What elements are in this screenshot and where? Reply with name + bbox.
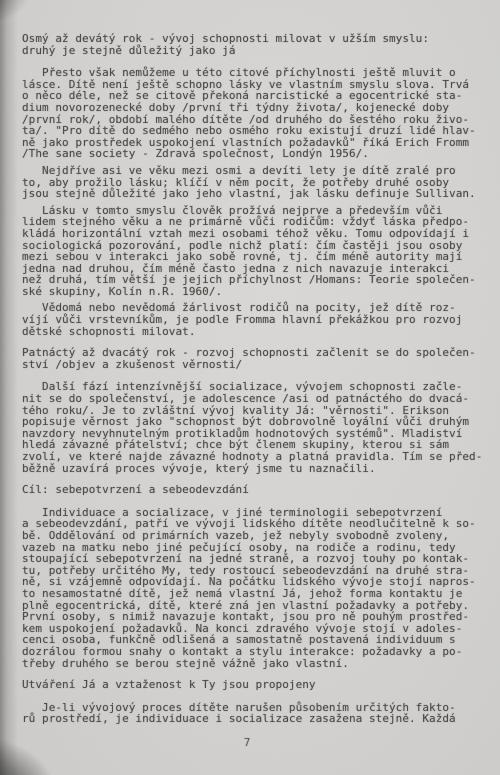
paragraph-block: Další fází intenzívnější socializace, vý… [22,381,484,474]
paragraph-block: Je-li vývojový proces dítěte narušen půs… [22,702,484,725]
heading-block: Patnáctý až dvacátý rok - rozvoj schopno… [22,347,484,370]
page-text: Osmý až devátý rok - vývoj schopnosti mi… [22,33,484,725]
heading-block: Cíl: sebepotvrzení a sebeodevzdání [22,484,484,496]
page-number: 7 [0,736,494,749]
heading-block: Utváření Já a vztaženost k Ty jsou propo… [22,679,484,691]
scanned-page: Osmý až devátý rok - vývoj schopnosti mi… [0,0,500,775]
heading-block: Osmý až devátý rok - vývoj schopnosti mi… [22,33,484,56]
paragraph-block: Nejdříve asi ve věku mezi osmi a devíti … [22,165,484,200]
paragraph-block: Individuace a socializace, v jiné termin… [22,507,484,669]
paragraph-block: Vědomá nebo nevědomá žárlivost rodičů na… [22,302,484,337]
paragraph-block: Přesto však nemůžeme u této citové přích… [22,67,484,160]
paragraph-block: Lásku v tomto smyslu člověk prožívá nejp… [22,205,484,298]
